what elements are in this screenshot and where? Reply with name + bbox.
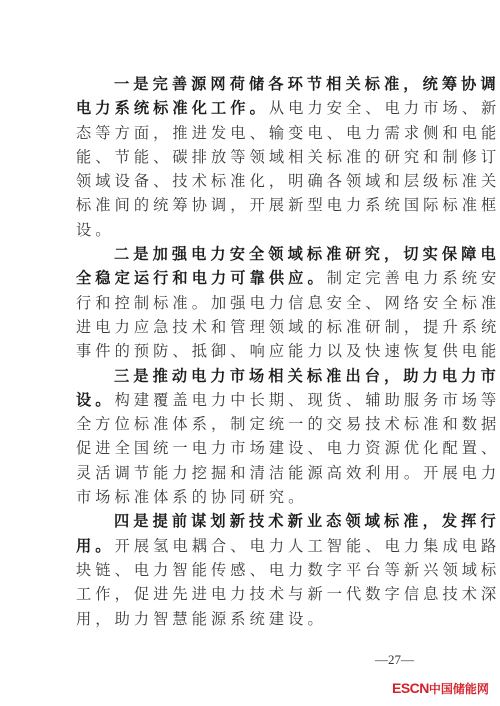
- body-text: 行和控制标准。加强电力信息安全、网络安全标准研究。推: [76, 294, 500, 312]
- paragraph: 四是提前谋划新技术新业态领域标准，发挥行业引领作用。开展氢电耦合、电力人工智能、…: [76, 509, 428, 630]
- body-text: 块链、电力智能传感、电力数字平台等新兴领域标准化制定: [76, 561, 500, 579]
- body-text: 促进全国统一电力市场建设、电力资源优化配置、电力系统: [76, 439, 500, 457]
- paragraph: 二是加强电力安全领域标准研究，切实保障电力系统安全稳定运行和电力可靠供应。制定完…: [76, 242, 428, 363]
- watermark-brand-en: ESCN: [392, 680, 429, 696]
- bold-heading-text: 设。: [76, 391, 115, 409]
- body-text: 领域设备、技术标准化，明确各领域和层级标准关系，加强: [76, 172, 500, 190]
- bold-heading-text: 二是加强电力安全领域标准研究，切实保障电力系统安: [114, 245, 500, 263]
- text-line: 全稳定运行和电力可靠供应。制定完善电力系统安全稳定运: [76, 266, 428, 290]
- bold-heading-text: 用。: [76, 537, 115, 555]
- body-text: 灵活调节能力挖掘和清洁能源高效利用。开展电力市场与碳: [76, 464, 500, 482]
- body-text: 事件的预防、抵御、响应能力以及快速恢复供电能力。: [76, 342, 500, 360]
- text-line: 设。: [76, 218, 428, 242]
- body-text: 态等方面，推进发电、输变电、电力需求侧和电能替代、储: [76, 124, 500, 142]
- text-line: 三是推动电力市场相关标准出台，助力电力市场机制建: [76, 364, 428, 388]
- text-line: 四是提前谋划新技术新业态领域标准，发挥行业引领作: [76, 509, 428, 533]
- text-line: 一是完善源网荷储各环节相关标准，统筹协调推动新型: [76, 72, 428, 96]
- body-text: 用，助力智慧能源系统建设。: [76, 610, 327, 628]
- text-line: 设。构建覆盖电力中长期、现货、辅助服务市场等电力市场: [76, 388, 428, 412]
- text-line: 行和控制标准。加强电力信息安全、网络安全标准研究。推: [76, 291, 428, 315]
- text-line: 用，助力智慧能源系统建设。: [76, 607, 428, 631]
- body-text: 开展氢电耦合、电力人工智能、电力集成电路、电力区: [115, 537, 500, 555]
- body-text: 全方位标准体系，制定统一的交易技术标准和数据接口标准。: [76, 415, 500, 433]
- bold-heading-text: 全稳定运行和电力可靠供应。: [76, 269, 327, 287]
- body-text: 能、节能、碳排放等领域相关标准的研究和制修订。推进各: [76, 148, 500, 166]
- bold-heading-text: 一是完善源网荷储各环节相关标准，统筹协调推动新型: [114, 75, 500, 93]
- text-line: 促进全国统一电力市场建设、电力资源优化配置、电力系统: [76, 436, 428, 460]
- text-line: 市场标准体系的协同研究。: [76, 485, 428, 509]
- body-text: 进电力应急技术和管理领域的标准研制，提升系统应对极端: [76, 318, 500, 336]
- bold-heading-text: 三是推动电力市场相关标准出台，助力电力市场机制建: [114, 367, 500, 385]
- watermark-brand-cn: 中国储能网: [429, 682, 489, 696]
- text-line: 事件的预防、抵御、响应能力以及快速恢复供电能力。: [76, 339, 428, 363]
- text-line: 态等方面，推进发电、输变电、电力需求侧和电能替代、储: [76, 121, 428, 145]
- watermark-logo: ESCN中国储能网: [392, 680, 489, 697]
- bold-heading-text: 电力系统标准化工作。: [76, 99, 269, 117]
- text-line: 用。开展氢电耦合、电力人工智能、电力集成电路、电力区: [76, 534, 428, 558]
- text-line: 灵活调节能力挖掘和清洁能源高效利用。开展电力市场与碳: [76, 461, 428, 485]
- text-line: 能、节能、碳排放等领域相关标准的研究和制修订。推进各: [76, 145, 428, 169]
- bold-heading-text: 四是提前谋划新技术新业态领域标准，发挥行业引领作: [114, 512, 500, 530]
- text-line: 二是加强电力安全领域标准研究，切实保障电力系统安: [76, 242, 428, 266]
- body-text: 设。: [76, 221, 115, 239]
- body-text: 构建覆盖电力中长期、现货、辅助服务市场等电力市场: [115, 391, 500, 409]
- text-line: 进电力应急技术和管理领域的标准研制，提升系统应对极端: [76, 315, 428, 339]
- text-line: 电力系统标准化工作。从电力安全、电力市场、新技术新业: [76, 96, 428, 120]
- text-line: 全方位标准体系，制定统一的交易技术标准和数据接口标准。: [76, 412, 428, 436]
- body-text: 标准间的统筹协调，开展新型电力系统国际标准框架体系建: [76, 196, 500, 214]
- document-body: 一是完善源网荷储各环节相关标准，统筹协调推动新型电力系统标准化工作。从电力安全、…: [76, 72, 428, 631]
- text-line: 工作，促进先进电力技术与新一代数字信息技术深度融合应: [76, 582, 428, 606]
- body-text: 市场标准体系的协同研究。: [76, 488, 307, 506]
- paragraph: 一是完善源网荷储各环节相关标准，统筹协调推动新型电力系统标准化工作。从电力安全、…: [76, 72, 428, 242]
- body-text: 制定完善电力系统安全稳定运: [327, 269, 500, 287]
- page-number: —27—: [375, 652, 414, 668]
- text-line: 领域设备、技术标准化，明确各领域和层级标准关系，加强: [76, 169, 428, 193]
- text-line: 块链、电力智能传感、电力数字平台等新兴领域标准化制定: [76, 558, 428, 582]
- body-text: 从电力安全、电力市场、新技术新业: [269, 99, 500, 117]
- paragraph: 三是推动电力市场相关标准出台，助力电力市场机制建设。构建覆盖电力中长期、现货、辅…: [76, 364, 428, 510]
- body-text: 工作，促进先进电力技术与新一代数字信息技术深度融合应: [76, 585, 500, 603]
- text-line: 标准间的统筹协调，开展新型电力系统国际标准框架体系建: [76, 193, 428, 217]
